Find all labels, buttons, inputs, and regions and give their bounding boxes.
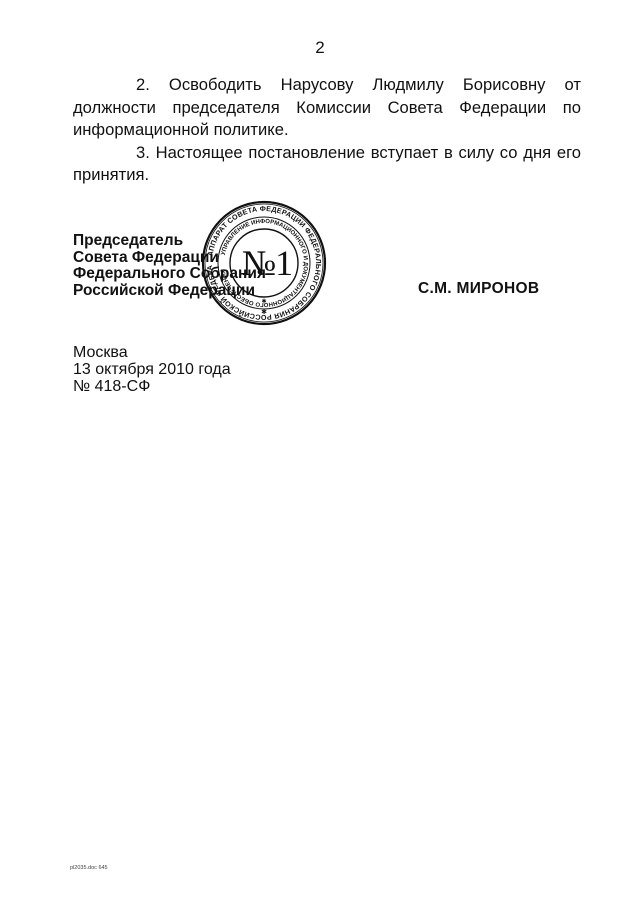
document-number: № 418-СФ xyxy=(73,378,231,395)
signatory-name: С.М. МИРОНОВ xyxy=(418,280,539,298)
paragraph-2: 2. Освободить Нарусову Людмилу Борисовну… xyxy=(73,74,581,142)
paragraph-3: 3. Настоящее постановление вступает в си… xyxy=(73,142,581,187)
document-city: Москва xyxy=(73,344,231,361)
document-meta: Москва 13 октября 2010 года № 418-СФ xyxy=(73,344,231,395)
official-seal-stamp: АППАРАТ СОВЕТА ФЕДЕРАЦИИ ФЕДЕРАЛЬНОГО СО… xyxy=(201,200,327,326)
seal-center-number: №1 xyxy=(201,200,327,326)
page-number: 2 xyxy=(0,38,640,58)
footer-file-reference: pl2035.doc 645 xyxy=(70,865,108,871)
document-date: 13 октября 2010 года xyxy=(73,361,231,378)
document-body: 2. Освободить Нарусову Людмилу Борисовну… xyxy=(73,74,581,187)
